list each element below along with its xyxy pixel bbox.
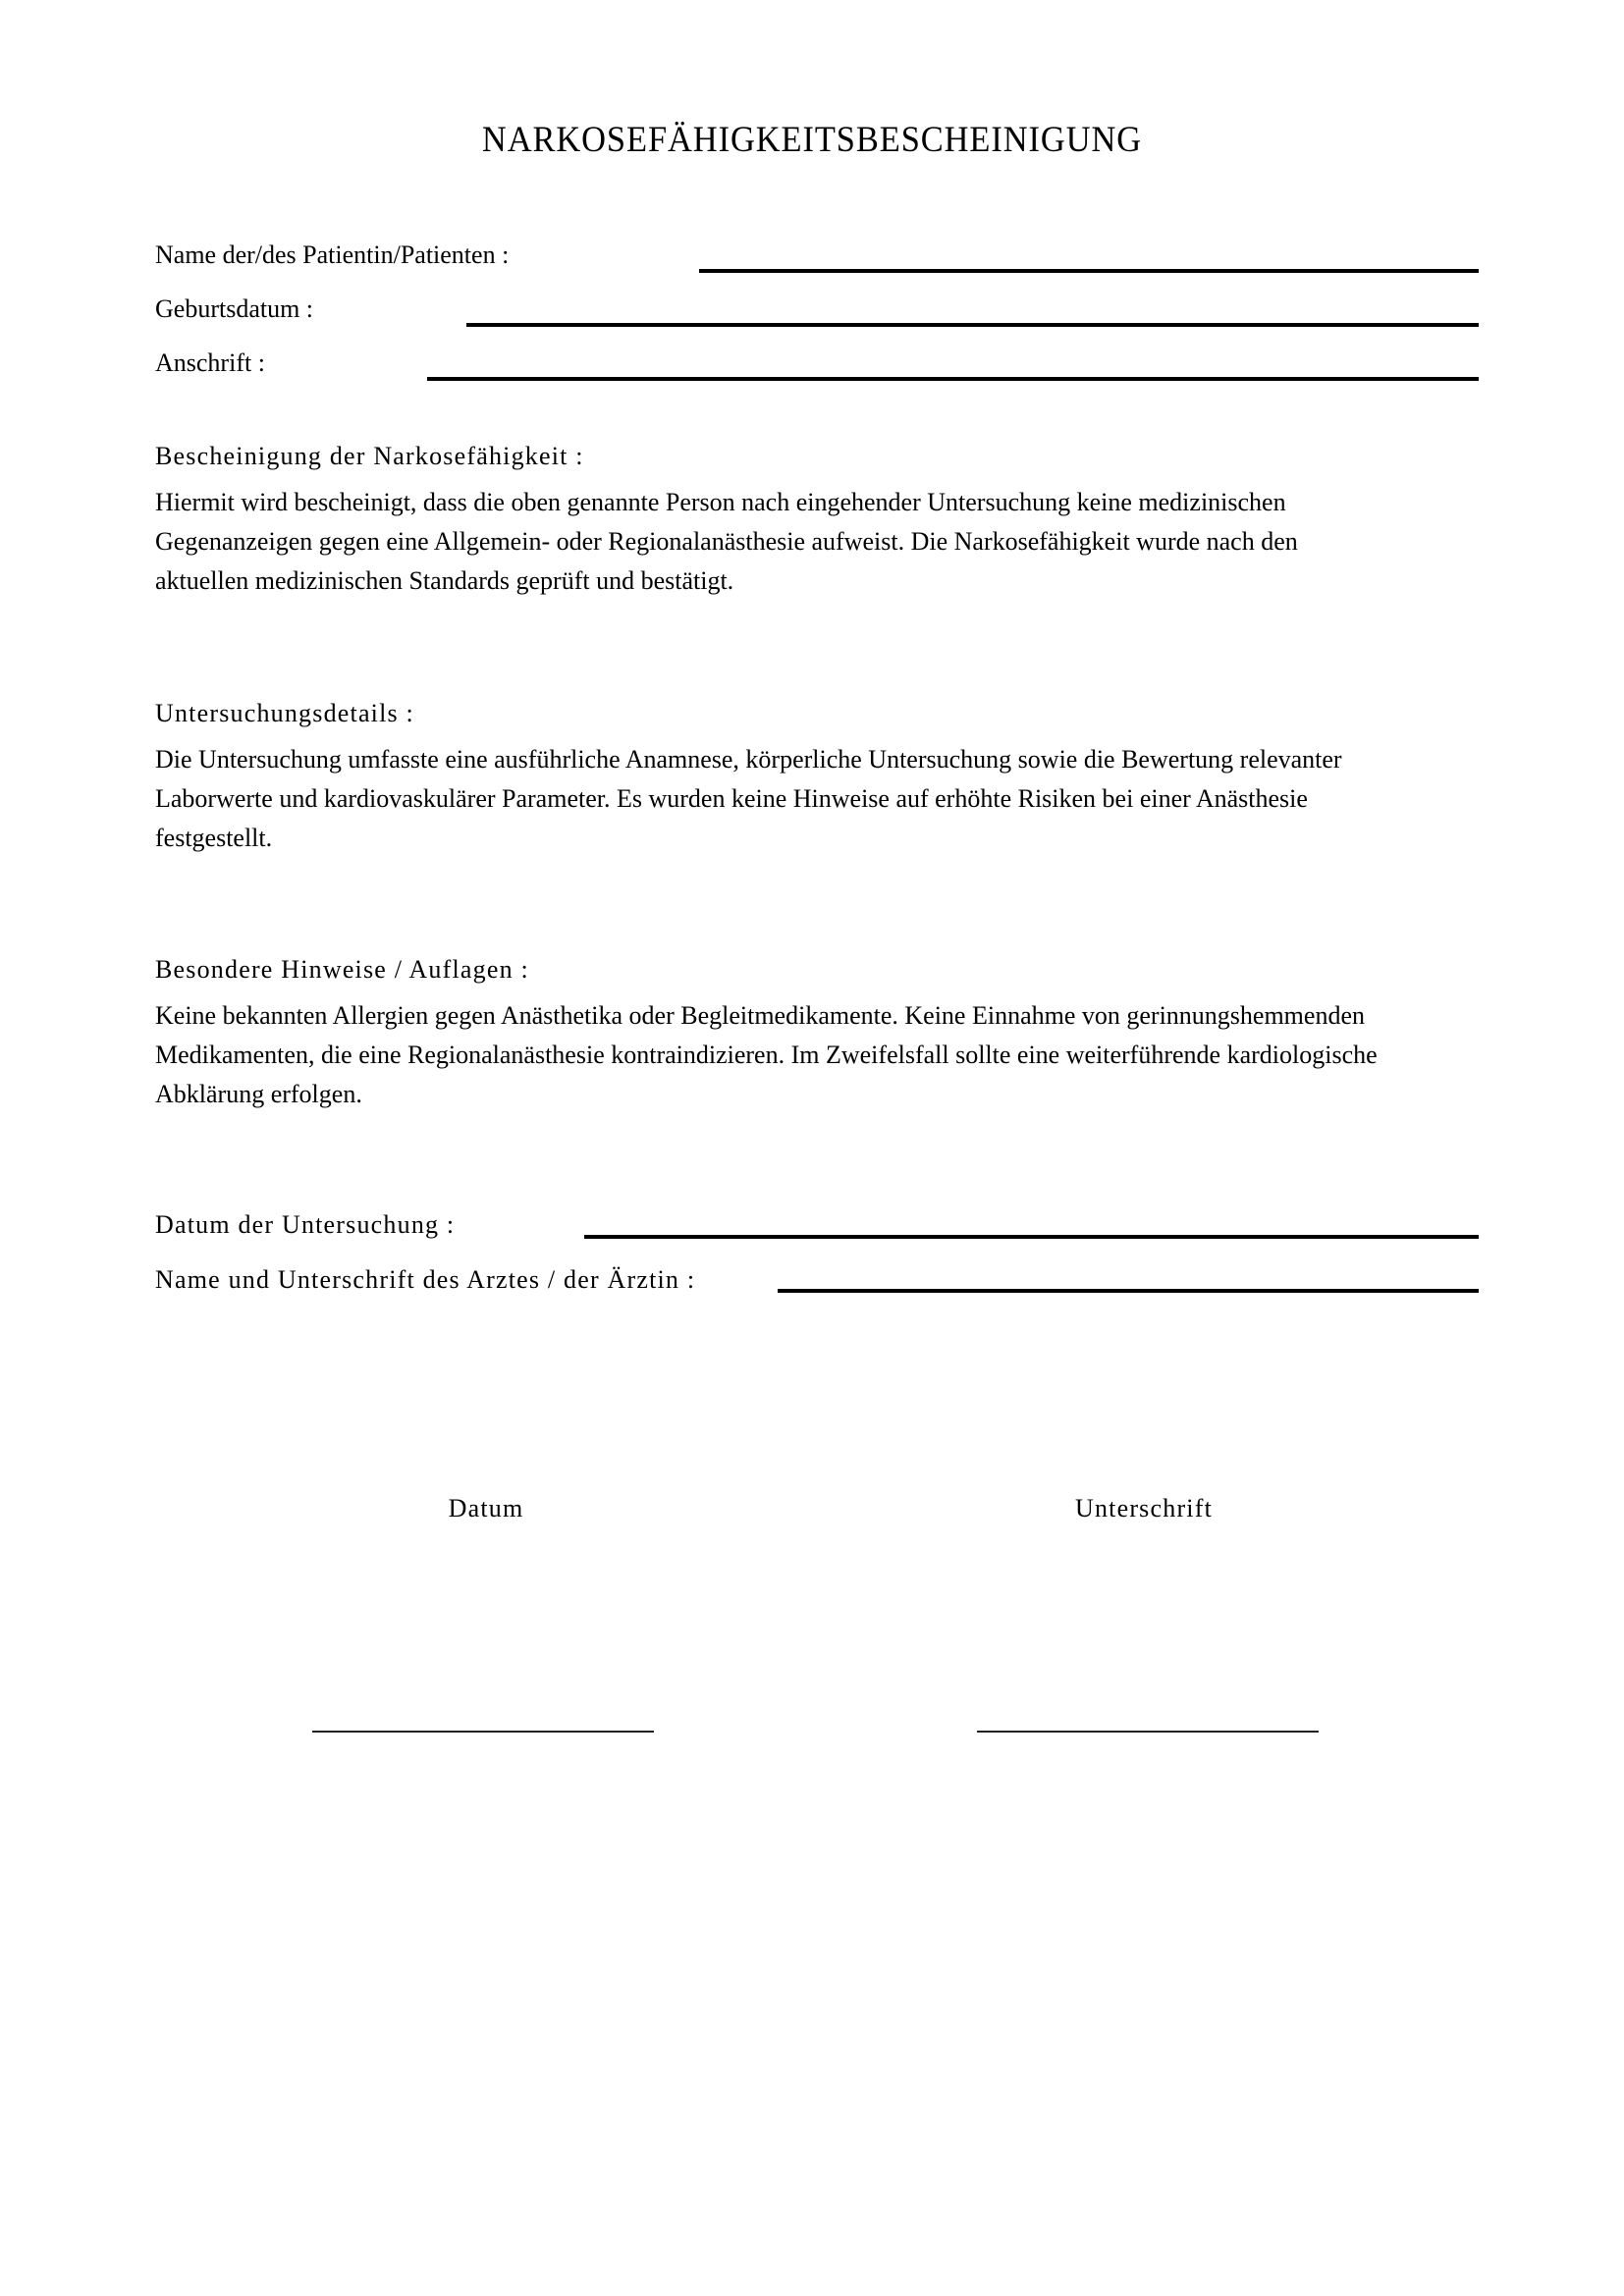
- document-title: NARKOSEFÄHIGKEITSBESCHEINIGUNG: [57, 116, 1567, 165]
- text-line: Die Untersuchung umfasste eine ausführli…: [155, 740, 1490, 779]
- patient-name-field[interactable]: [699, 269, 1479, 273]
- birthdate-label: Geburtsdatum :: [155, 292, 313, 327]
- text-line: Laborwerte und kardiovaskulärer Paramete…: [155, 779, 1490, 819]
- section-body-untersuchungsdetails: Die Untersuchung umfasste eine ausführli…: [155, 740, 1490, 858]
- exam-date-field[interactable]: [584, 1235, 1479, 1239]
- signature-block-signature-line[interactable]: [977, 1731, 1319, 1733]
- address-field[interactable]: [427, 377, 1479, 381]
- section-body-besondere-hinweise: Keine bekannten Allergien gegen Anästhet…: [155, 996, 1490, 1114]
- text-line: Keine bekannten Allergien gegen Anästhet…: [155, 996, 1490, 1036]
- signature-block-date-line[interactable]: [312, 1731, 654, 1733]
- section-heading-narkosefaehigkeit: Bescheinigung der Narkosefähigkeit :: [155, 439, 584, 474]
- signature-block-date-label: Datum: [314, 1491, 658, 1526]
- exam-date-label: Datum der Untersuchung :: [155, 1207, 455, 1243]
- text-line: Abklärung erfolgen.: [155, 1075, 1490, 1114]
- address-label: Anschrift :: [155, 346, 265, 381]
- doctor-signature-field[interactable]: [778, 1289, 1479, 1293]
- doctor-signature-label: Name und Unterschrift des Arztes / der Ä…: [155, 1262, 695, 1298]
- birthdate-field[interactable]: [466, 323, 1479, 327]
- text-line: Gegenanzeigen gegen eine Allgemein- oder…: [155, 522, 1490, 561]
- text-line: festgestellt.: [155, 819, 1490, 858]
- text-line: Hiermit wird bescheinigt, dass die oben …: [155, 483, 1490, 522]
- text-line: Medikamenten, die eine Regionalanästhesi…: [155, 1036, 1490, 1075]
- signature-block-signature-label: Unterschrift: [972, 1491, 1316, 1526]
- section-heading-untersuchungsdetails: Untersuchungsdetails :: [155, 696, 414, 731]
- text-line: aktuellen medizinischen Standards geprüf…: [155, 561, 1490, 601]
- patient-name-label: Name der/des Patientin/Patienten :: [155, 238, 509, 273]
- section-body-narkosefaehigkeit: Hiermit wird bescheinigt, dass die oben …: [155, 483, 1490, 601]
- section-heading-besondere-hinweise: Besondere Hinweise / Auflagen :: [155, 952, 529, 988]
